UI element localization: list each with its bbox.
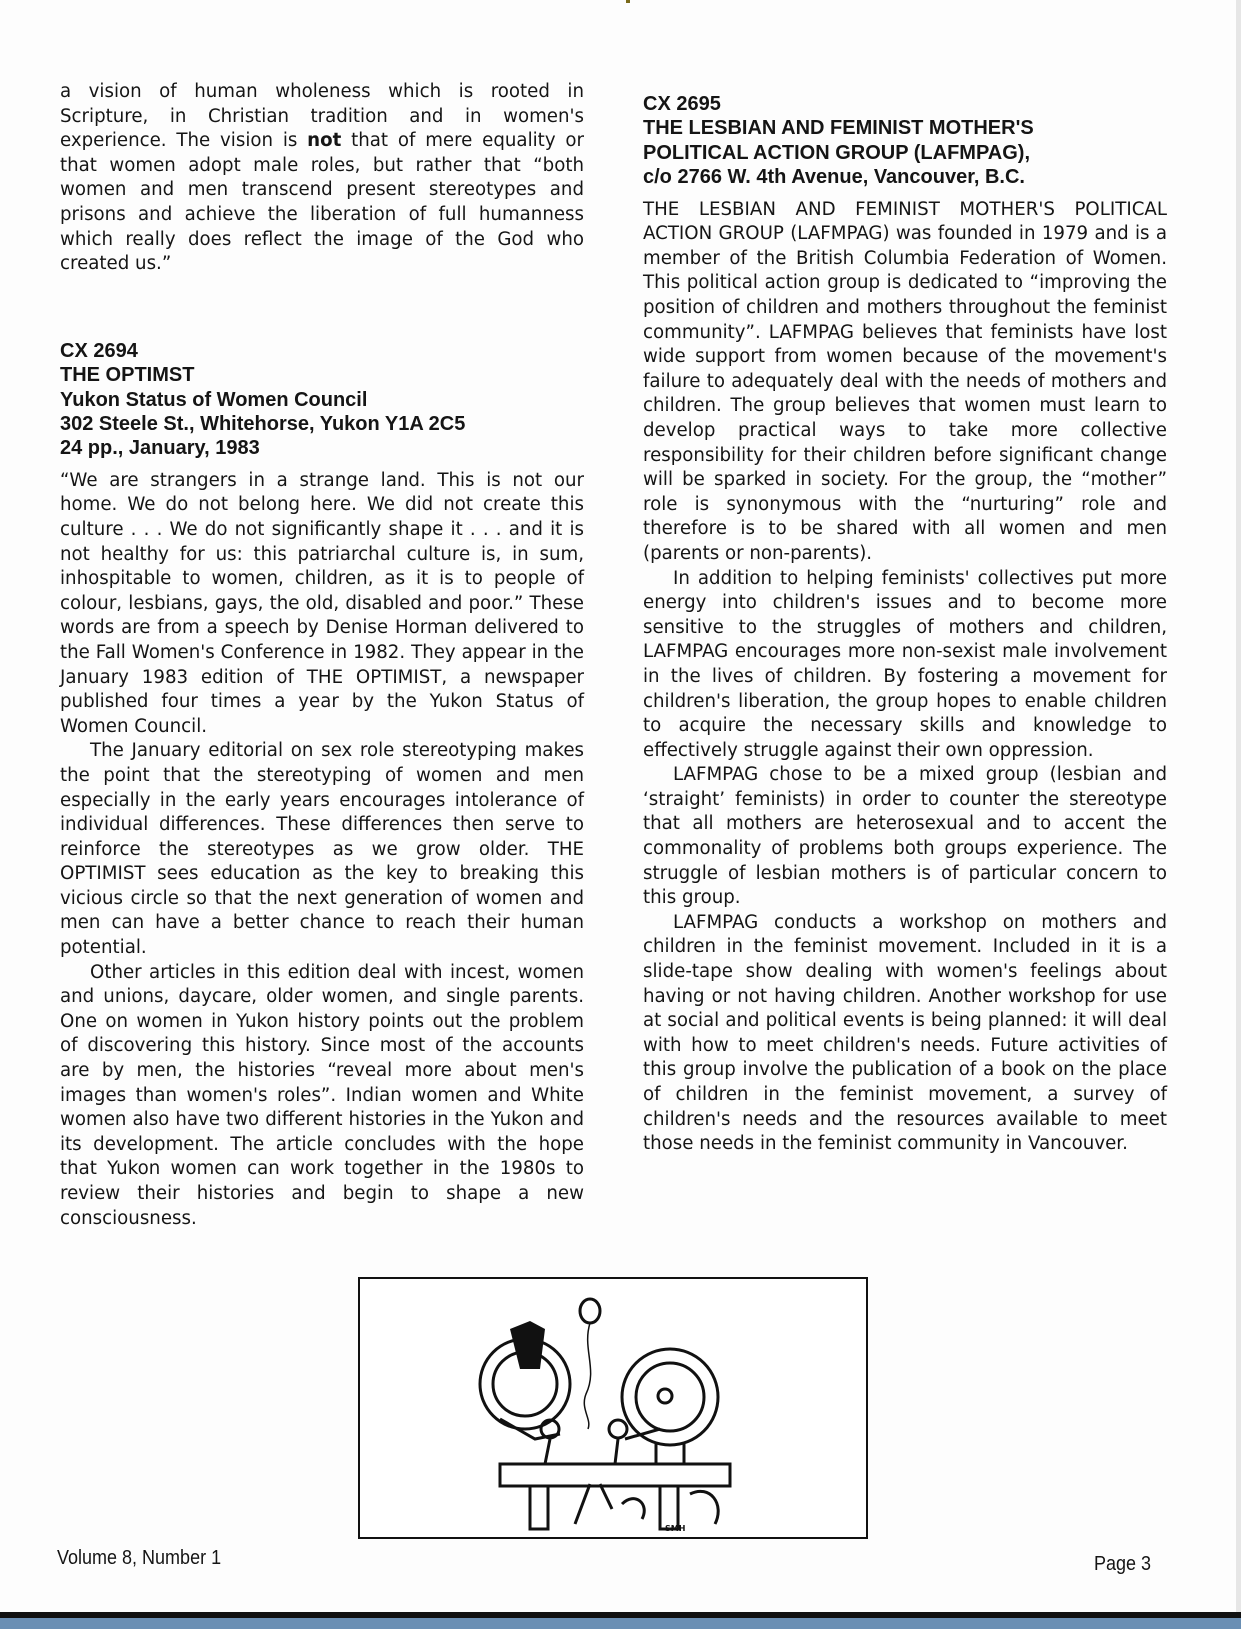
- artist-signature: SMH: [665, 1524, 685, 1533]
- entry-paragraph: The January editorial on sex role stereo…: [60, 739, 584, 960]
- page-edge-shadow: [1236, 0, 1241, 1612]
- illustration-frame: SMH: [358, 1277, 868, 1539]
- entry-paragraph: THE LESBIAN AND FEMINIST MOTHER'S POLITI…: [643, 198, 1167, 567]
- entry-paragraph: “We are strangers in a strange land. Thi…: [60, 469, 584, 740]
- entry-paragraph: In addition to helping feminists' collec…: [643, 567, 1167, 764]
- volume-footer: Volume 8, Number 1: [57, 1547, 221, 1570]
- document-page: a vision of human wholeness which is roo…: [0, 0, 1241, 1629]
- scan-mark: [626, 0, 630, 3]
- entry-header-cx2695: CX 2695 THE LESBIAN AND FEMINIST MOTHER'…: [643, 92, 1167, 190]
- entry-address: 302 Steele St., Whitehorse, Yukon Y1A 2C…: [60, 412, 584, 436]
- entry-id: CX 2694: [60, 339, 584, 363]
- right-column: CX 2695 THE LESBIAN AND FEMINIST MOTHER'…: [643, 92, 1167, 1157]
- scan-bottom-edge: [0, 1612, 1241, 1629]
- entry-title-line-1: THE LESBIAN AND FEMINIST MOTHER'S: [643, 116, 1167, 140]
- entry-id: CX 2695: [643, 92, 1167, 116]
- entry-paragraph: LAFMPAG chose to be a mixed group (lesbi…: [643, 763, 1167, 911]
- entry-details: 24 pp., January, 1983: [60, 436, 584, 460]
- entry-publisher: Yukon Status of Women Council: [60, 388, 584, 412]
- entry-paragraph: Other articles in this edition deal with…: [60, 961, 584, 1232]
- children-venus-symbols-illustration: SMH: [360, 1279, 866, 1537]
- entry-paragraph: LAFMPAG conducts a workshop on mothers a…: [643, 911, 1167, 1157]
- entry-title: THE OPTIMST: [60, 363, 584, 387]
- continued-paragraph: a vision of human wholeness which is roo…: [60, 80, 584, 277]
- entry-header-cx2694: CX 2694 THE OPTIMST Yukon Status of Wome…: [60, 339, 584, 461]
- page-number: Page 3: [1094, 1553, 1151, 1576]
- left-column: a vision of human wholeness which is roo…: [60, 80, 584, 1231]
- entry-title-line-2: POLITICAL ACTION GROUP (LAFMPAG),: [643, 141, 1167, 165]
- emphasis-not: not: [307, 130, 341, 151]
- entry-address: c/o 2766 W. 4th Avenue, Vancouver, B.C.: [643, 165, 1167, 189]
